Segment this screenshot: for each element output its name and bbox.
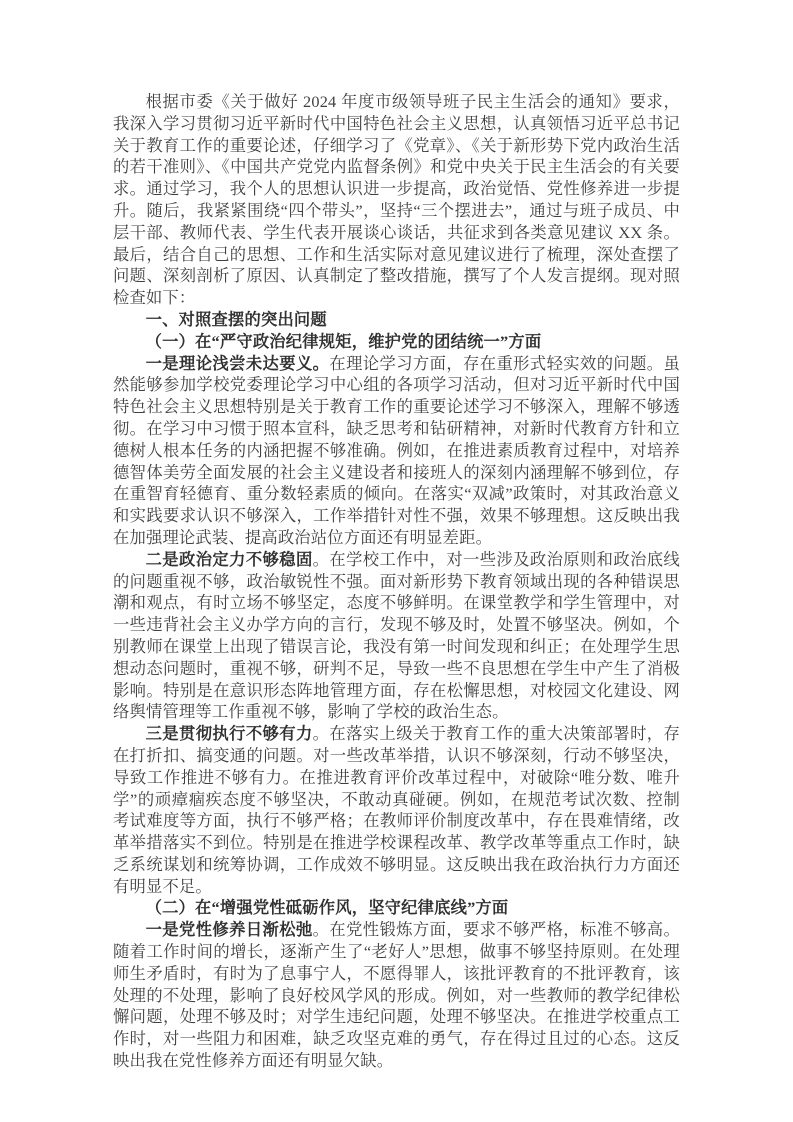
section-heading: （二）在“增强党性砥砺作风，坚守纪律底线”方面: [113, 897, 680, 919]
document-body: 根据市委《关于做好 2024 年度市级领导班子民主生活会的通知》要求，我深入学习…: [113, 91, 680, 1072]
body-paragraph: 三是贯彻执行不够有力。在落实上级关于教育工作的重大决策部署时，存在打折扣、搞变通…: [113, 723, 680, 897]
paragraph-lead-emphasis: 一是党性修养日渐松弛: [146, 920, 313, 939]
paragraph-lead-emphasis: 三是贯彻执行不够有力: [146, 724, 313, 743]
body-paragraph: 一是理论浅尝未达要义。在理论学习方面，存在重形式轻实效的问题。虽然能够参加学校党…: [113, 353, 680, 549]
section-heading: （一）在“严守政治纪律规矩，维护党的团结统一”方面: [113, 331, 680, 353]
paragraph-text: 根据市委《关于做好 2024 年度市级领导班子民主生活会的通知》要求，我深入学习…: [113, 92, 680, 307]
paragraph-text: 。在党性锻炼方面，要求不够严格，标准不够高。随着工作时间的增长，逐渐产生了“老好…: [113, 920, 680, 1070]
section-heading: 一、对照查摆的突出问题: [113, 309, 680, 331]
paragraph-text: 一、对照查摆的突出问题: [146, 310, 327, 329]
paragraph-lead-emphasis: 二是政治定力不够稳固: [146, 550, 313, 569]
body-paragraph: 一是党性修养日渐松弛。在党性锻炼方面，要求不够严格，标准不够高。随着工作时间的增…: [113, 919, 680, 1072]
body-paragraph: 二是政治定力不够稳固。在学校工作中，对一些涉及政治原则和政治底线的问题重视不够，…: [113, 549, 680, 723]
body-paragraph: 根据市委《关于做好 2024 年度市级领导班子民主生活会的通知》要求，我深入学习…: [113, 91, 680, 309]
paragraph-text: （一）在“严守政治纪律规矩，维护党的团结统一”方面: [146, 332, 542, 351]
paragraph-text: 在理论学习方面，存在重形式轻实效的问题。虽然能够参加学校党委理论学习中心组的各项…: [113, 354, 680, 547]
paragraph-text: 。在落实上级关于教育工作的重大决策部署时，存在打折扣、搞变通的问题。对一些改革举…: [113, 724, 680, 896]
paragraph-text: 。在学校工作中，对一些涉及政治原则和政治底线的问题重视不够，政治敏锐性不强。面对…: [113, 550, 680, 722]
paragraph-lead-emphasis: 一是理论浅尝未达要义。: [146, 354, 330, 373]
paragraph-text: （二）在“增强党性砥砺作风，坚守纪律底线”方面: [146, 898, 509, 917]
document-page: 根据市委《关于做好 2024 年度市级领导班子民主生活会的通知》要求，我深入学习…: [0, 0, 793, 1122]
